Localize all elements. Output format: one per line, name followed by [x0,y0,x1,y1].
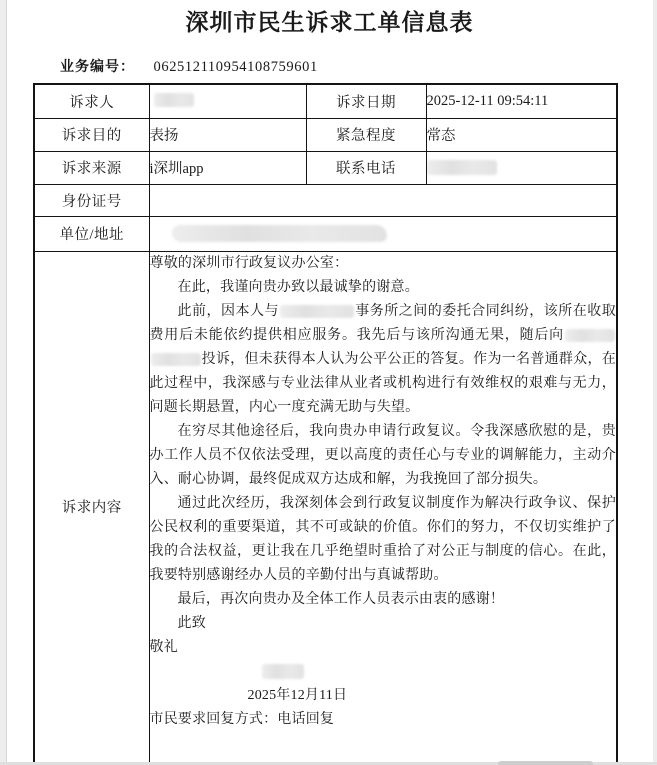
content-salutation: 尊敬的深圳市行政复议办公室： [150,252,617,276]
table-row: 诉求来源 i深圳app 联系电话 [34,151,617,184]
signature-line [150,660,617,684]
redacted-address [172,225,387,242]
content-text-segment: 此前，因本人与 [178,304,280,319]
value-appeal-date: 2025-12-11 09:54:11 [426,84,617,118]
redacted-firm-name [280,305,354,318]
content-paragraph: 最后，再次向贵办及全体工作人员表示由衷的感谢！ [150,588,617,612]
viewer-left-margin [0,0,7,765]
label-urgency: 紧急程度 [306,118,426,151]
content-paragraph: 通过此次经历，我深刻体会到行政复议制度作为解决行政争议、保护公民权利的重要渠道，… [150,492,617,588]
value-appellant [149,84,306,118]
value-appeal-source: i深圳app [149,151,306,184]
appeal-content-cell: 尊敬的深圳市行政复议办公室： 在此，我谨向贵办致以最诚挚的谢意。 此前，因本人与… [149,251,617,763]
redacted-signature [262,664,304,679]
appeal-content-text: 尊敬的深圳市行政复议办公室： 在此，我谨向贵办致以最诚挚的谢意。 此前，因本人与… [150,252,617,732]
redacted-org-name [565,329,615,342]
content-paragraph: 在此，我谨向贵办致以最诚挚的谢意。 [150,276,617,300]
content-closing-cizhi: 此致 [150,612,617,636]
redacted-org-name [151,353,201,366]
label-unit-address: 单位/地址 [34,216,149,251]
content-paragraph: 此前，因本人与事务所之间的委托合同纠纷，该所在收取费用后未能依约提供相应服务。我… [150,300,617,420]
table-row: 诉求目的 表扬 紧急程度 常态 [34,118,617,151]
workorder-info-table: 诉求人 诉求日期 2025-12-11 09:54:11 诉求目的 表扬 紧急程… [33,83,618,764]
value-urgency: 常态 [426,118,617,151]
value-appeal-purpose: 表扬 [149,118,306,151]
value-id-number [149,184,617,216]
business-number-label: 业务编号： [60,60,135,75]
table-row: 诉求内容 尊敬的深圳市行政复议办公室： 在此，我谨向贵办致以最诚挚的谢意。 此前… [34,251,617,763]
table-row: 单位/地址 [34,216,617,251]
label-appeal-purpose: 诉求目的 [34,118,149,151]
content-date: 2025年12月11日 [248,684,617,708]
redacted-phone-number [427,160,497,175]
value-contact-phone [426,151,617,184]
label-appeal-date: 诉求日期 [306,84,426,118]
reply-method-line: 市民要求回复方式：电话回复 [150,708,617,732]
value-unit-address [149,216,617,251]
viewer-right-margin [653,0,657,765]
label-id-number: 身份证号 [34,184,149,216]
table-row: 身份证号 [34,184,617,216]
label-appeal-content: 诉求内容 [34,251,149,763]
scrollbar-thumb[interactable] [498,761,593,765]
label-appellant: 诉求人 [34,84,149,118]
document-page: 深圳市民生诉求工单信息表 业务编号： 062512110954108759601… [6,0,653,762]
content-paragraph: 在穷尽其他途径后，我向贵办申请行政复议。令我深感欣慰的是，贵办工作人员不仅依法受… [150,420,617,492]
page-title: 深圳市民生诉求工单信息表 [6,4,653,37]
content-text-segment: 投诉，但未获得本人认为公平公正的答复。作为一名普通群众，在此过程中，我深感与专业… [150,352,617,415]
label-appeal-source: 诉求来源 [34,151,149,184]
label-contact-phone: 联系电话 [306,151,426,184]
business-number-line: 业务编号： 062512110954108759601 [60,56,318,76]
redacted-appellant-name [154,93,194,107]
table-row: 诉求人 诉求日期 2025-12-11 09:54:11 [34,84,617,118]
business-number-value: 062512110954108759601 [154,59,318,75]
content-closing-jingli: 敬礼 [150,636,617,660]
